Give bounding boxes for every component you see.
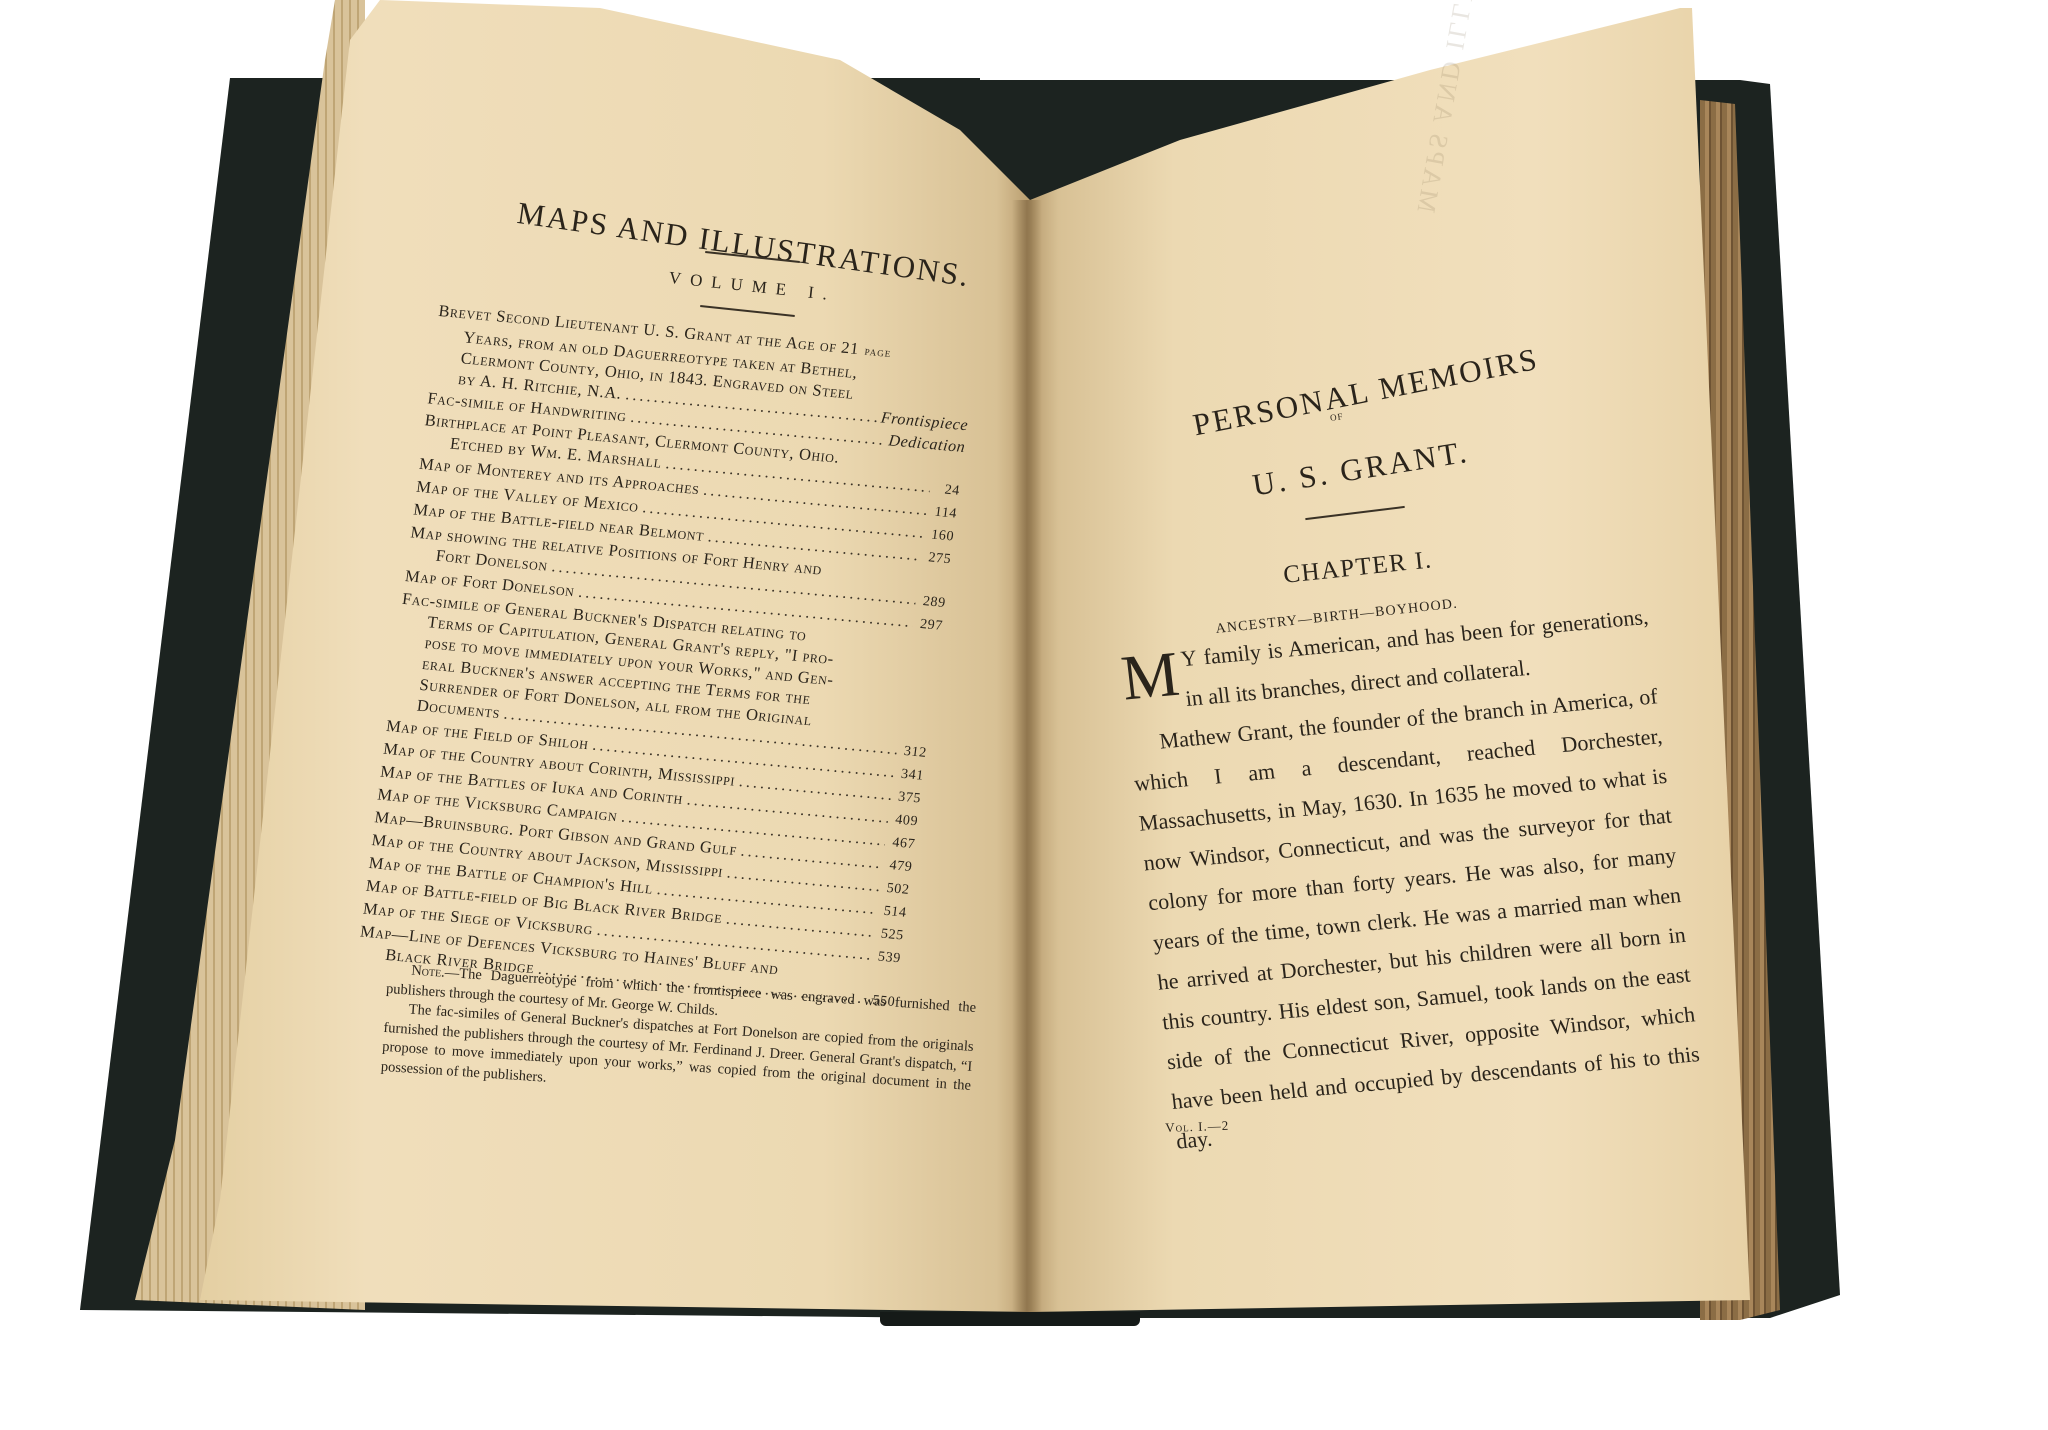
title-connector: OF [1329,411,1344,423]
page-number: 539 [874,946,903,969]
page-number: 409 [891,809,920,832]
page-number: 514 [879,901,908,924]
page-number: 114 [930,501,959,524]
page-number: 525 [876,923,905,946]
page-number: 502 [882,878,911,901]
drop-cap: M [1119,646,1182,707]
page-number: 479 [885,855,914,878]
page-number: 289 [918,591,947,614]
signature-mark: Vol. I.—2 [1165,1118,1229,1136]
page-number: 24 [933,479,962,502]
page-column-label: PAGE [863,342,892,365]
photo-scene: MAPS AND ILLUSTRATIONS. VOLUME I. Brevet… [0,0,2048,1430]
book-gutter [1012,200,1042,1312]
page-number: 312 [899,741,928,764]
note-label: Note. [411,963,446,981]
illustrations-list: Brevet Second Lieutenant U. S. Grant at … [356,300,978,1013]
page-number: 375 [894,786,923,809]
body-paragraph: Mathew Grant, the founder of the branch … [1127,676,1706,1161]
chapter-body: MY family is American, and has been for … [1118,597,1707,1162]
page-number: 341 [897,764,926,787]
page-number: 160 [927,524,956,547]
page-number: 467 [888,832,917,855]
page-number: 297 [916,614,945,637]
book-spine [880,1312,1140,1326]
page-number: 275 [924,547,953,570]
